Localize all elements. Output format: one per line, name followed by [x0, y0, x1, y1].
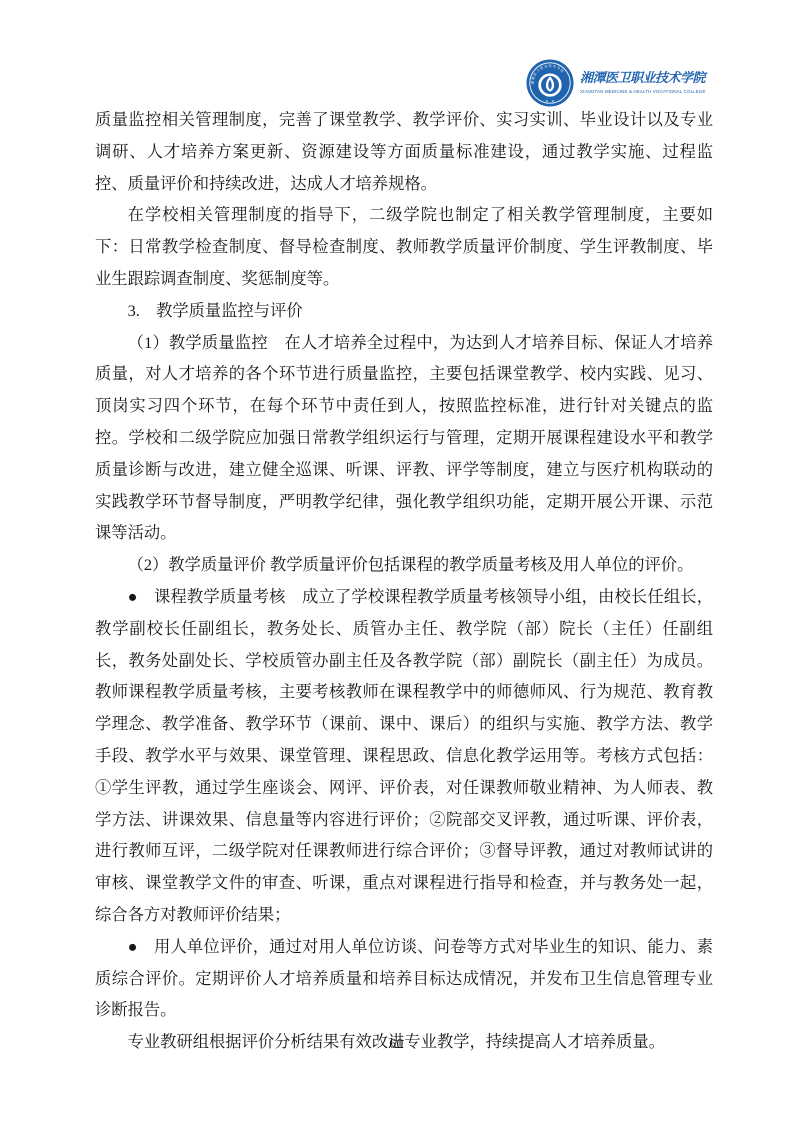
page-number: 60	[389, 1036, 404, 1051]
paragraph-continuation: 质量监控相关管理制度，完善了课堂教学、教学评价、实习实训、毕业设计以及专业调研、…	[95, 104, 713, 199]
paragraph-teaching-quality-monitoring: （1）教学质量监控 在人才培养全过程中，为达到人才培养目标、保证人才培养质量，对…	[95, 327, 713, 550]
svg-text:★ ★: ★ ★	[546, 99, 555, 103]
paragraph-school-systems: 在学校相关管理制度的指导下，二级学院也制定了相关教学管理制度，主要如下：日常教学…	[95, 199, 713, 294]
document-page: 湘潭医卫职业技术学院 ★ ★ 湘潭医卫职业技术学院 XIANGTAN MEDIC…	[0, 0, 793, 1122]
bullet-employer-evaluation: ● 用人单位评价，通过对用人单位访谈、问卷等方式对毕业生的知识、能力、素质综合评…	[95, 931, 713, 1026]
college-logo: 湘潭医卫职业技术学院 ★ ★ 湘潭医卫职业技术学院 XIANGTAN MEDIC…	[526, 59, 793, 107]
paragraph-teaching-quality-evaluation: （2）教学质量评价 教学质量评价包括课程的教学质量考核及用人单位的评价。	[95, 549, 713, 581]
page-footer: 60	[0, 1035, 793, 1053]
section-heading-quality-monitoring: 3. 教学质量监控与评价	[95, 295, 713, 327]
college-seal-icon: 湘潭医卫职业技术学院 ★ ★	[526, 59, 574, 107]
document-body: 质量监控相关管理制度，完善了课堂教学、教学评价、实习实训、毕业设计以及专业调研、…	[95, 104, 713, 1058]
college-name-cn: 湘潭医卫职业技术学院	[580, 70, 793, 86]
college-name-en: XIANGTAN MEDICINE & HEALTH VOCATIONAL CO…	[580, 89, 706, 94]
college-logo-text: 湘潭医卫职业技术学院 XIANGTAN MEDICINE & HEALTH VO…	[580, 70, 793, 96]
bullet-course-quality-assessment: ● 课程教学质量考核 成立了学校课程教学质量考核领导小组，由校长任组长，教学副校…	[95, 581, 713, 931]
